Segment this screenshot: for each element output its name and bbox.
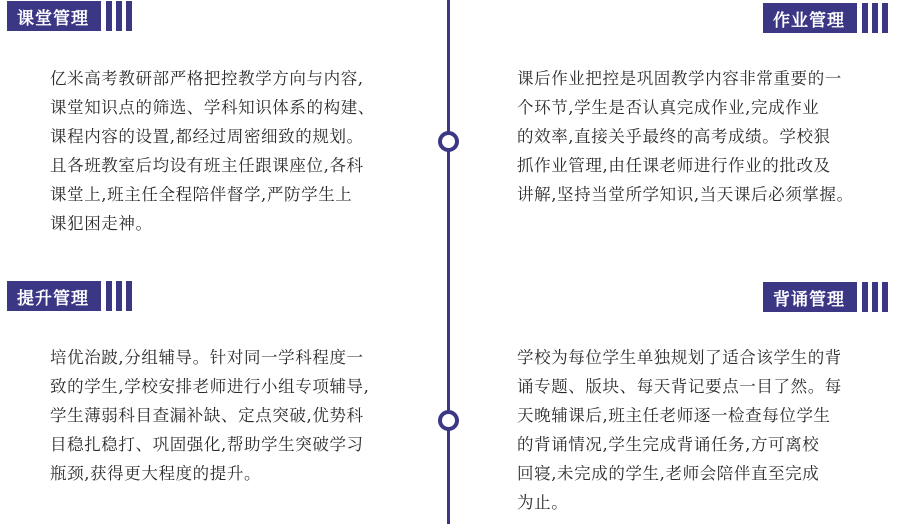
- text-line: 的背诵情况,学生完成背诵任务,方可离校: [517, 430, 842, 459]
- text-line: 讲解,坚持当堂所学知识,当天课后必须掌握。: [517, 180, 854, 209]
- section-title: 作业管理: [763, 3, 857, 33]
- timeline-node-icon: [438, 131, 459, 152]
- section-header-homework: 作业管理: [763, 3, 888, 33]
- text-line: 目稳扎稳打、巩固强化,帮助学生突破学习: [50, 430, 370, 459]
- decorative-bar-icon: [862, 3, 868, 33]
- section-body-homework: 课后作业把控是巩固教学内容非常重要的一 个环节,学生是否认真完成作业,完成作业 …: [517, 64, 854, 209]
- decorative-bar-icon: [126, 1, 132, 31]
- text-line: 培优治跛,分组辅导。针对同一学科程度一: [50, 343, 370, 372]
- text-line: 课堂知识点的筛选、学科知识体系的构建、: [50, 93, 375, 122]
- section-body-classroom: 亿米高考教研部严格把控教学方向与内容, 课堂知识点的筛选、学科知识体系的构建、 …: [50, 64, 375, 238]
- decorative-bar-icon: [862, 282, 868, 312]
- text-line: 回寝,未完成的学生,老师会陪伴直至完成: [517, 459, 842, 488]
- text-line: 课后作业把控是巩固教学内容非常重要的一: [517, 64, 854, 93]
- text-line: 致的学生,学校安排老师进行小组专项辅导,: [50, 372, 370, 401]
- section-body-improvement: 培优治跛,分组辅导。针对同一学科程度一 致的学生,学校安排老师进行小组专项辅导,…: [50, 343, 370, 488]
- text-line: 诵专题、版块、每天背记要点一目了然。每: [517, 372, 842, 401]
- decorative-bar-icon: [872, 282, 878, 312]
- decorative-bar-icon: [882, 3, 888, 33]
- section-body-recitation: 学校为每位学生单独规划了适合该学生的背 诵专题、版块、每天背记要点一目了然。每 …: [517, 343, 842, 517]
- text-line: 学生薄弱科目查漏补缺、定点突破,优势科: [50, 401, 370, 430]
- section-title: 提升管理: [7, 281, 101, 311]
- text-line: 瓶颈,获得更大程度的提升。: [50, 459, 370, 488]
- section-title: 课堂管理: [7, 1, 101, 31]
- text-line: 个环节,学生是否认真完成作业,完成作业: [517, 93, 854, 122]
- text-line: 学校为每位学生单独规划了适合该学生的背: [517, 343, 842, 372]
- decorative-bar-icon: [872, 3, 878, 33]
- section-header-classroom: 课堂管理: [7, 1, 132, 31]
- decorative-bar-icon: [116, 281, 122, 311]
- decorative-bar-icon: [116, 1, 122, 31]
- text-line: 且各班教室后均设有班主任跟课座位,各科: [50, 151, 375, 180]
- section-title: 背诵管理: [763, 282, 857, 312]
- decorative-bar-icon: [106, 281, 112, 311]
- timeline-node-icon: [438, 410, 459, 431]
- text-line: 抓作业管理,由任课老师进行作业的批改及: [517, 151, 854, 180]
- decorative-bar-icon: [882, 282, 888, 312]
- timeline-line: [447, 0, 450, 524]
- decorative-bar-icon: [106, 1, 112, 31]
- text-line: 课堂上,班主任全程陪伴督学,严防学生上: [50, 180, 375, 209]
- section-header-recitation: 背诵管理: [763, 282, 888, 312]
- decorative-bar-icon: [126, 281, 132, 311]
- text-line: 课程内容的设置,都经过周密细致的规划。: [50, 122, 375, 151]
- text-line: 为止。: [517, 488, 842, 517]
- text-line: 亿米高考教研部严格把控教学方向与内容,: [50, 64, 375, 93]
- text-line: 课犯困走神。: [50, 209, 375, 238]
- text-line: 天晚辅课后,班主任老师逐一检查每位学生: [517, 401, 842, 430]
- text-line: 的效率,直接关乎最终的高考成绩。学校狠: [517, 122, 854, 151]
- section-header-improvement: 提升管理: [7, 281, 132, 311]
